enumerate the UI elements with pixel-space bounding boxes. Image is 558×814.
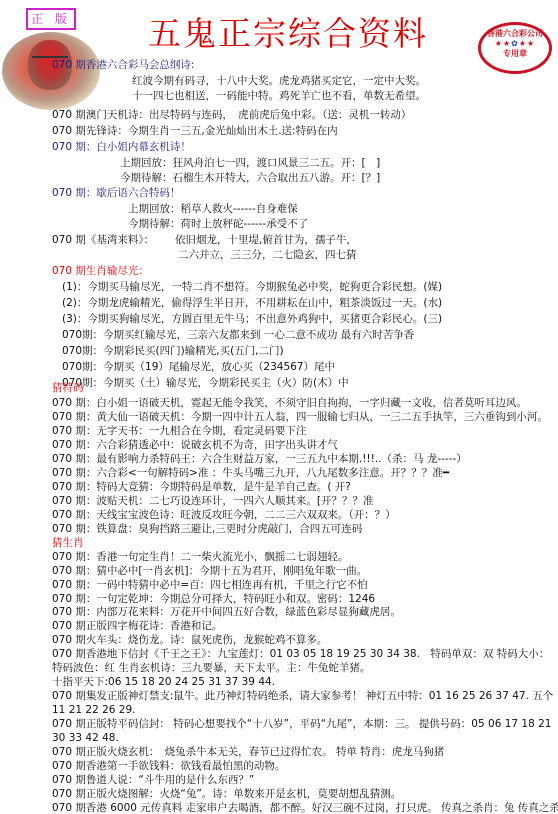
text-line: 070 期集发正版神灯禁支:鼠牛。此乃神灯特码绝杀，请大家参考！ 神灯五中特：0… [52,689,553,703]
text-line: 070 期：歇后语六合特码！ [52,186,180,200]
text-line: 070 期鲁道人说：“斗牛用的是什么东西？” [52,773,254,787]
text-line: 070 期：黄大仙一语破天机：今期一四中计五人翁，四一服输七归从，一三二五手执竿… [52,410,548,424]
text-line: 依旧烟龙，十里堤,俯首甘为，孺子牛， [175,233,357,247]
text-line: 070期：今期买红输尽光，三亲六友都来到 一心二意不成功 最有六时苦争香 [62,328,414,342]
text-line: 070 期香港地下信封《千王之王》：九宝莲灯：01 03 05 18 19 25… [52,647,549,661]
text-line: 070期：今期买（土）输尽光，今期彩民买主（火）防(木）中 [62,376,349,390]
text-line: 11 21 22 26 29. [52,703,136,717]
text-line: 070 期：一句定乾坤：今期总分可择大，特码旺小和双。密码：1246 [52,592,375,606]
text-line: 今期待解：石榴生木开特大，六合取出五八游。开：[？] [120,171,380,185]
text-line: 070 期正版火烧图解：火烧“兔”。诗：单数来开是玄机，莫要胡想乱猜测。 [52,787,401,801]
text-line: (1)：今期买马输尽光，一特二肖不想符。今期猴兔必中奖，蛇狗更合彩民想。(媒) [62,280,442,294]
text-line: 070 期：猜中必中[一肖玄机]：今期十五为君开，刚唱兔年歌一曲。 [52,564,367,578]
stamp-sub-text: 专用章 [481,49,549,59]
text-line: 070 期：最有影响力杀特码王：六合生财益万家，一三五九中本期.!!!..（杀：… [52,452,467,466]
text-line: 070 期《基湾来料》： [52,233,154,247]
edition-badge: 正 版 [26,8,76,30]
text-line: 070 期：六合彩<一句解特码>准 ：牛头马嘴三九开，八九尾数多注意。开？？？准… [52,466,449,480]
text-line: 070 期：一码中特猜中必中=百：四七相连再有机，千里之行它不怕 [52,578,368,592]
text-line: 070 期：铁算盘：臭狗挡路三避让,三更时分虎敲门，合四五可连码 [52,522,362,536]
stamp-arc-text: 香港六合彩公司 [481,29,549,39]
text-line: 070 期：天线宝宝波色诗：旺波反攻旺今朝，二二三六双双来。（开：？） [52,508,396,522]
text-line: 070 期：白小姐内幕玄机诗！ [52,140,191,154]
text-line: 070 期正版特平码信封： 特码心想要找个“十八岁”，平码“九尾”，本期：三。 … [52,717,551,731]
text-line: 070 期正版火烧玄机： 烧兔杀牛本无关，春节已过得忙农。 特单 特肖：虎龙马狗… [52,745,444,759]
text-line: 30 33 42 48. [52,731,119,745]
text-line: 070 期澳门天机诗：出尽特码与连码， 虎前虎后兔中彩。（送：灵机一转动） [52,108,411,122]
section-heading: 猜生肖 [52,536,84,550]
text-line: 红波今期有码寻，十八中大奖。虎龙鸡猪买定它，一定中大奖。 [132,74,426,88]
text-line: 070 期：无字天书：一九相合在今期，看定灵码要下注 [52,424,306,438]
text-line: 十一四七也相送，一码能中特。鸡死羊亡也不看，单数无希望。 [132,89,426,103]
text-line: 070 期：特码大竞猜：今期特码是单数，是牛是羊自己查。( 开? [52,480,351,494]
text-line: 070 期香港六合彩马会总纲诗: [52,58,194,72]
text-line: 070期：今期买（19）尾输尽光，放心买（234567）尾中 [62,360,335,374]
text-line: 上期回放：稻草人救火------自身难保 [128,202,298,216]
text-line: 070 期：波贴天机：二七巧设连环计，一四六人顺其来。[开？？？准 [52,494,373,508]
text-line: 070 期香港第一手欲钱料：欲钱看最怕黑的动物。 [52,759,285,773]
text-line: (2)：今期龙虎输精光，偷得浮生半日开，不用耕耘在山中，粗茶淡饭过一天。(水) [62,296,442,310]
stamp-stars-icon: ★★✿★★ [481,39,549,49]
text-line: 070 期：六合彩猜透必中：说破玄机不为奇，田字出头讲才气 [52,438,338,452]
page-title: 五鬼正宗综合资料 [138,14,438,54]
text-line: (3)：今期买狗输尽光，方圆百里无牛马；不出意外鸡狗中，买猪更合彩民心。(三) [62,312,442,326]
section-heading: 070 期生肖输尽光： [52,264,149,278]
text-line: 070 期：香港一句定生肖！二一柴火流光小，飘摇二七弱翅轻。 [52,550,348,564]
text-line: 070 期香港 6000 元传真料 走家串户去喝酒，都不醉。好汉三碗不过岗，打只… [52,801,558,814]
text-line: 特码波色：红 生肖玄机诗：三九要暴，天下太平。主：牛兔蛇羊猪。 [52,661,370,675]
text-line: 070 期先锋诗：今期生肖一三五,金光灿灿出木土.送:特码在内 [52,124,338,138]
text-line: 070 期：内部万花来料：万花开中间四五好合数，绿蓝色彩尽显狗藏虎居。 [52,605,401,619]
text-line: 070 期：白小姐一语破天机，霓起无能令我笑，不须守旧自拘拘，一字归藏一文收，信… [52,396,527,410]
text-line: 070 期火车头：烧伤龙。诗：鼠死虎伤，龙猴蛇鸡不算多。 [52,633,327,647]
text-line: 070期：今期彩民买(四门)输精光,买(五门,二门) [62,344,284,358]
text-line: 上期回放：狂风舟泊七一四，渡口风景三二五。开：[ ] [120,156,380,170]
text-line: 070 期正版四字梅花诗：香港和记。 [52,619,222,633]
text-line: 二六并立，三三分，二七隐玄，四七猜 [178,248,357,262]
text-line: 十指平天下:06 15 18 20 24 25 31 37 39 44. [52,675,275,689]
section-heading: 猜特码 [52,381,84,395]
text-line: 今期待解：荷时上放秤砣------承受不了 [128,217,308,231]
company-seal-stamp: 香港六合彩公司 ★★✿★★ 专用章 [478,22,552,74]
